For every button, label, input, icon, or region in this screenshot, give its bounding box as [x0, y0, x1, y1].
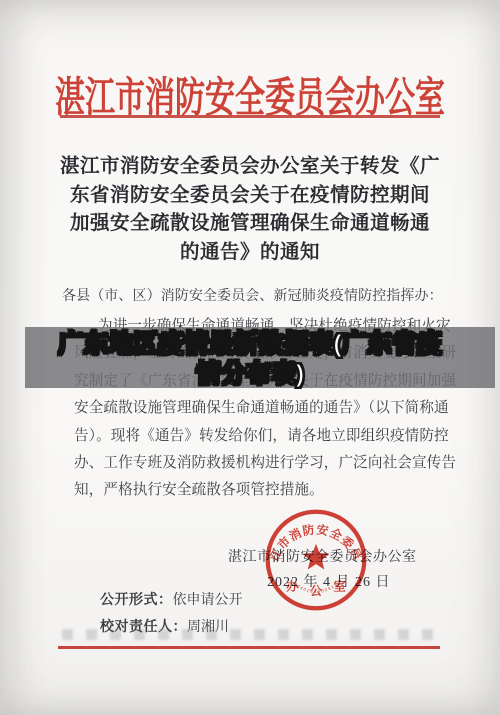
open-form-label: 公开形式：: [100, 593, 173, 608]
caption-overlay-text: 广东地区疫情最新数据表(广东省疫 情分布表): [0, 329, 500, 389]
footer-divider-line: [58, 646, 440, 649]
official-seal: 湛江市消防安全委员会 办 公 室 0440224600918: [263, 507, 369, 613]
title-line-4: 的通告》的通知: [30, 239, 470, 268]
open-form-line: 公开形式：依申请公开: [100, 589, 243, 609]
document-title: 湛江市消防安全委员会办公室关于转发《广 东省消防安全委员会关于在疫情防控期间 加…: [30, 153, 470, 267]
open-form-value: 依申请公开: [173, 593, 243, 608]
salutation-line: 各县（市、区）消防安全委员会、新冠肺炎疫情防控指挥办：: [62, 285, 452, 305]
body-line: 知，严格执行安全疏散各项管控措施。: [74, 477, 446, 504]
title-line-1: 湛江市消防安全委员会办公室关于转发《广: [30, 153, 470, 182]
title-line-2: 东省消防安全委员会关于在疫情防控期间: [30, 182, 470, 211]
letterhead-divider-line: [60, 115, 440, 118]
ink-bleed-smudge: [62, 629, 440, 640]
body-line: 办、工作专班及消防救援机构进行学习，广泛向社会宣传告: [74, 450, 446, 477]
caption-line-1: 广东地区疫情最新数据表(广东省疫: [0, 329, 500, 359]
star-icon: [302, 544, 329, 570]
body-line: 安全疏散设施管理确保生命通道畅通的通告》（以下简称通: [74, 395, 446, 422]
caption-line-2: 情分布表): [0, 359, 500, 389]
scanned-notice-page: 湛江市消防安全委员会办公室 湛江市消防安全委员会办公室关于转发《广 东省消防安全…: [0, 0, 500, 715]
title-line-3: 加强安全疏散设施管理确保生命通道畅通: [30, 210, 470, 239]
body-line: 告）。现将《通告》转发给你们，请各地立即组织疫情防控: [74, 423, 446, 450]
